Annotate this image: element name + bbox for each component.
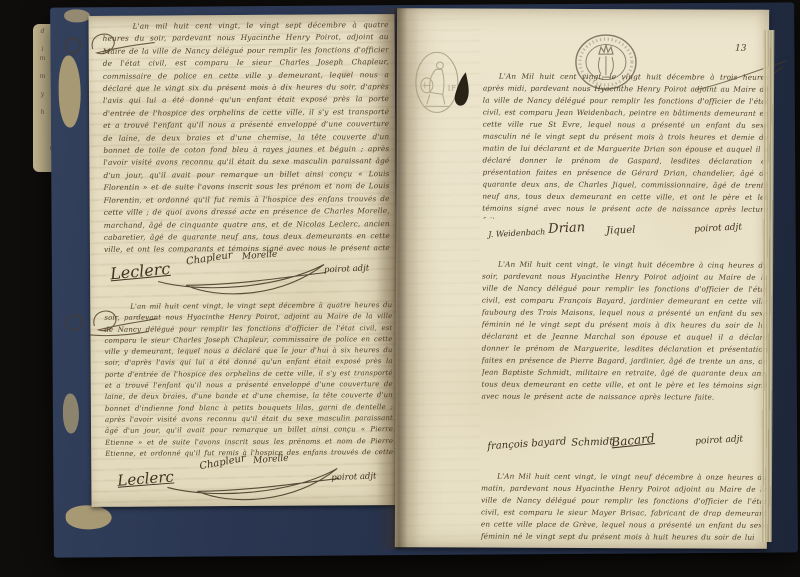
birth-act-text: L'An Mil huit cent vingt, le vingt neuf … xyxy=(481,471,767,544)
signature-row: Leclerc Chapleur Morelle poirot adjt xyxy=(90,252,396,298)
birth-act-text: L'An Mil huit cent vingt, le vingt huit … xyxy=(481,259,768,432)
signature-poirot: poirot adjt xyxy=(331,471,377,483)
signature-flourish-icon xyxy=(165,460,345,505)
signature-jiquel: Jiquel xyxy=(606,225,635,237)
signature-bacard: Bacard xyxy=(611,431,655,449)
photo-background: C w y h 19 p m d im m y h L'an mil huit … xyxy=(0,0,800,577)
birth-act-text: L'an mil huit cent vingt, le vingt sept … xyxy=(103,19,390,257)
cover-wear-patch xyxy=(66,505,112,529)
signature-poirot: poirot adjt xyxy=(694,222,742,234)
signature-bayard: françois bayard xyxy=(487,436,567,452)
signature-schmidt: Schmidt xyxy=(571,436,613,448)
cover-wear-patch xyxy=(63,393,79,433)
left-page: L'an mil huit cent vingt, le vingt sept … xyxy=(89,14,398,507)
signature-flourish-icon xyxy=(156,256,332,299)
cover-wear-patch xyxy=(64,9,90,22)
signature-row: françois bayard Schmidt Bacard poirot ad… xyxy=(395,432,767,470)
signature-drian: Drian xyxy=(548,220,586,237)
signature-row: Leclerc Chapleur Morelle poirot adjt xyxy=(91,458,397,504)
signature-poirot: poirot adjt xyxy=(695,434,743,446)
birth-act-text: L'An Mil huit cent vingt, le vingt huit … xyxy=(482,71,769,220)
page-number: 13 xyxy=(735,44,746,54)
signature-row: J. Weidenbach Drian Jiquel poirot adjt xyxy=(396,220,768,258)
signature-weidenbach: J. Weidenbach xyxy=(488,227,545,239)
right-page: 1F 13 L'An Mil huit c xyxy=(395,8,769,549)
birth-act-text: L'an mil huit cent vingt, le vingt sept … xyxy=(104,300,393,458)
signature-poirot: poirot adjt xyxy=(324,263,370,275)
